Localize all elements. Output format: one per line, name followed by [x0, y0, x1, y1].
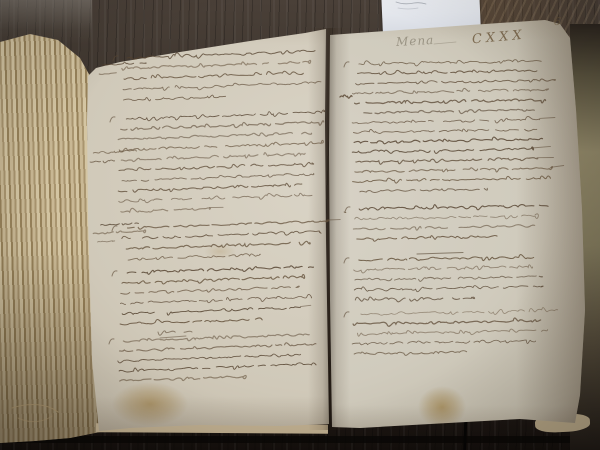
stain-small	[204, 244, 236, 259]
wood-highlight-topleft	[0, 0, 92, 44]
manuscript-photo: CXXX Mena 6	[0, 0, 600, 450]
stain-right-page	[418, 386, 466, 428]
stain-left-page	[112, 382, 188, 426]
gutter-shadow	[308, 28, 350, 430]
heading-word: Mena	[396, 33, 435, 49]
table-groove	[0, 436, 600, 443]
